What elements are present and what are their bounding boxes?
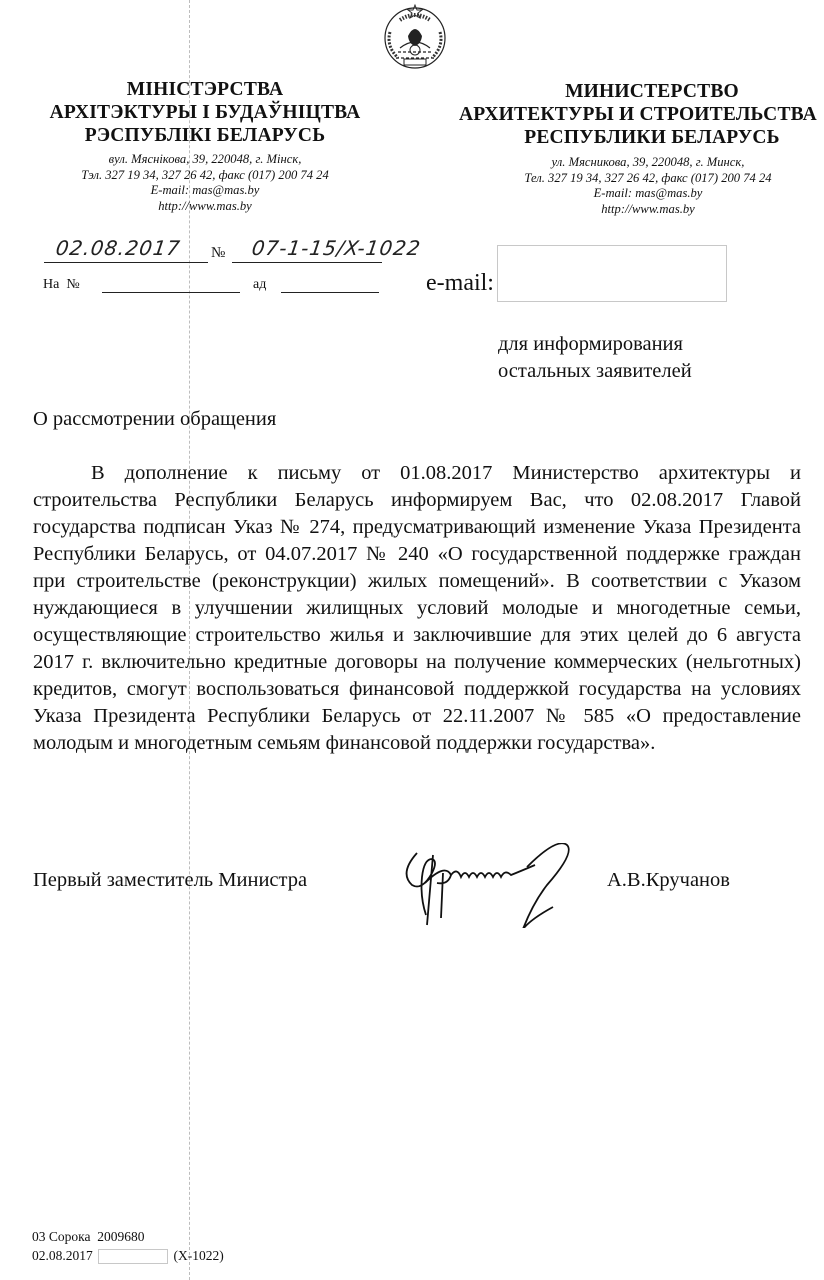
address-line: Тэл. 327 19 34, 327 26 42, факс (017) 20… xyxy=(30,168,380,184)
handwritten-signature-icon xyxy=(395,843,620,928)
address-line: Тел. 327 19 34, 327 26 42, факс (017) 20… xyxy=(476,171,820,187)
registration-date: 02.08.2017 xyxy=(54,236,182,260)
letterhead-title-line: АРХИТЕКТУРЫ И СТРОИТЕЛЬСТВА xyxy=(452,103,824,126)
address-line: http://www.mas.by xyxy=(476,202,820,218)
letterhead-title-line: РЭСПУБЛІКІ БЕЛАРУСЬ xyxy=(30,124,380,147)
reply-from-label: ад xyxy=(253,277,266,293)
reply-date-underline xyxy=(281,292,379,293)
letterhead-title-line: РЕСПУБЛИКИ БЕЛАРУСЬ xyxy=(452,126,824,149)
address-line: E-mail: mas@mas.by xyxy=(476,186,820,202)
letterhead-title-line: МІНІСТЭРСТВА xyxy=(30,78,380,101)
reply-to-label: На № xyxy=(43,277,80,293)
address-line: ул. Мясникова, 39, 220048, г. Минск, xyxy=(476,155,820,171)
footer-registration: 02.08.2017 (X-1022) xyxy=(32,1246,224,1265)
letter-subject: О рассмотрении обращения xyxy=(33,408,276,431)
coat-of-arms-icon xyxy=(378,2,452,70)
signatory-title: Первый заместитель Министра xyxy=(33,869,307,892)
footer-date: 02.08.2017 xyxy=(32,1248,93,1263)
signatory-name: А.В.Кручанов xyxy=(607,869,730,892)
email-label: e-mail: xyxy=(426,270,494,297)
address-line: вул. Мяснікова, 39, 220048, г. Мінск, xyxy=(30,152,380,168)
letterhead-address-be: вул. Мяснікова, 39, 220048, г. Мінск, Тэ… xyxy=(30,152,380,214)
number-underline xyxy=(232,262,382,263)
address-line: E-mail: mas@mas.by xyxy=(30,183,380,199)
document-footer: 03 Сорока 2009680 02.08.2017 (X-1022) xyxy=(32,1227,224,1265)
registration-number: 07-1-15/X-1022 xyxy=(250,236,422,260)
email-field xyxy=(497,245,727,302)
letter-body: В дополнение к письму от 01.08.2017 Мини… xyxy=(33,460,801,757)
recipient-line: для информирования xyxy=(498,331,692,358)
letterhead-address-ru: ул. Мясникова, 39, 220048, г. Минск, Тел… xyxy=(476,155,820,217)
letterhead-title-be: МІНІСТЭРСТВА АРХІТЭКТУРЫ І БУДАЎНІЦТВА Р… xyxy=(30,78,380,147)
letterhead-title-line: АРХІТЭКТУРЫ І БУДАЎНІЦТВА xyxy=(30,101,380,124)
date-underline xyxy=(44,262,208,263)
recipient-block: для информирования остальных заявителей xyxy=(498,331,692,385)
letterhead-title-ru: МИНИСТЕРСТВО АРХИТЕКТУРЫ И СТРОИТЕЛЬСТВА… xyxy=(452,80,824,149)
recipient-line: остальных заявителей xyxy=(498,358,692,385)
reply-number-underline xyxy=(102,292,240,293)
letterhead-title-line: МИНИСТЕРСТВО xyxy=(452,80,824,103)
footer-executor: 03 Сорока 2009680 xyxy=(32,1227,224,1246)
footer-ref: (X-1022) xyxy=(174,1248,224,1263)
address-line: http://www.mas.by xyxy=(30,199,380,215)
footer-blank-field xyxy=(98,1249,168,1264)
number-sign: № xyxy=(211,245,225,262)
